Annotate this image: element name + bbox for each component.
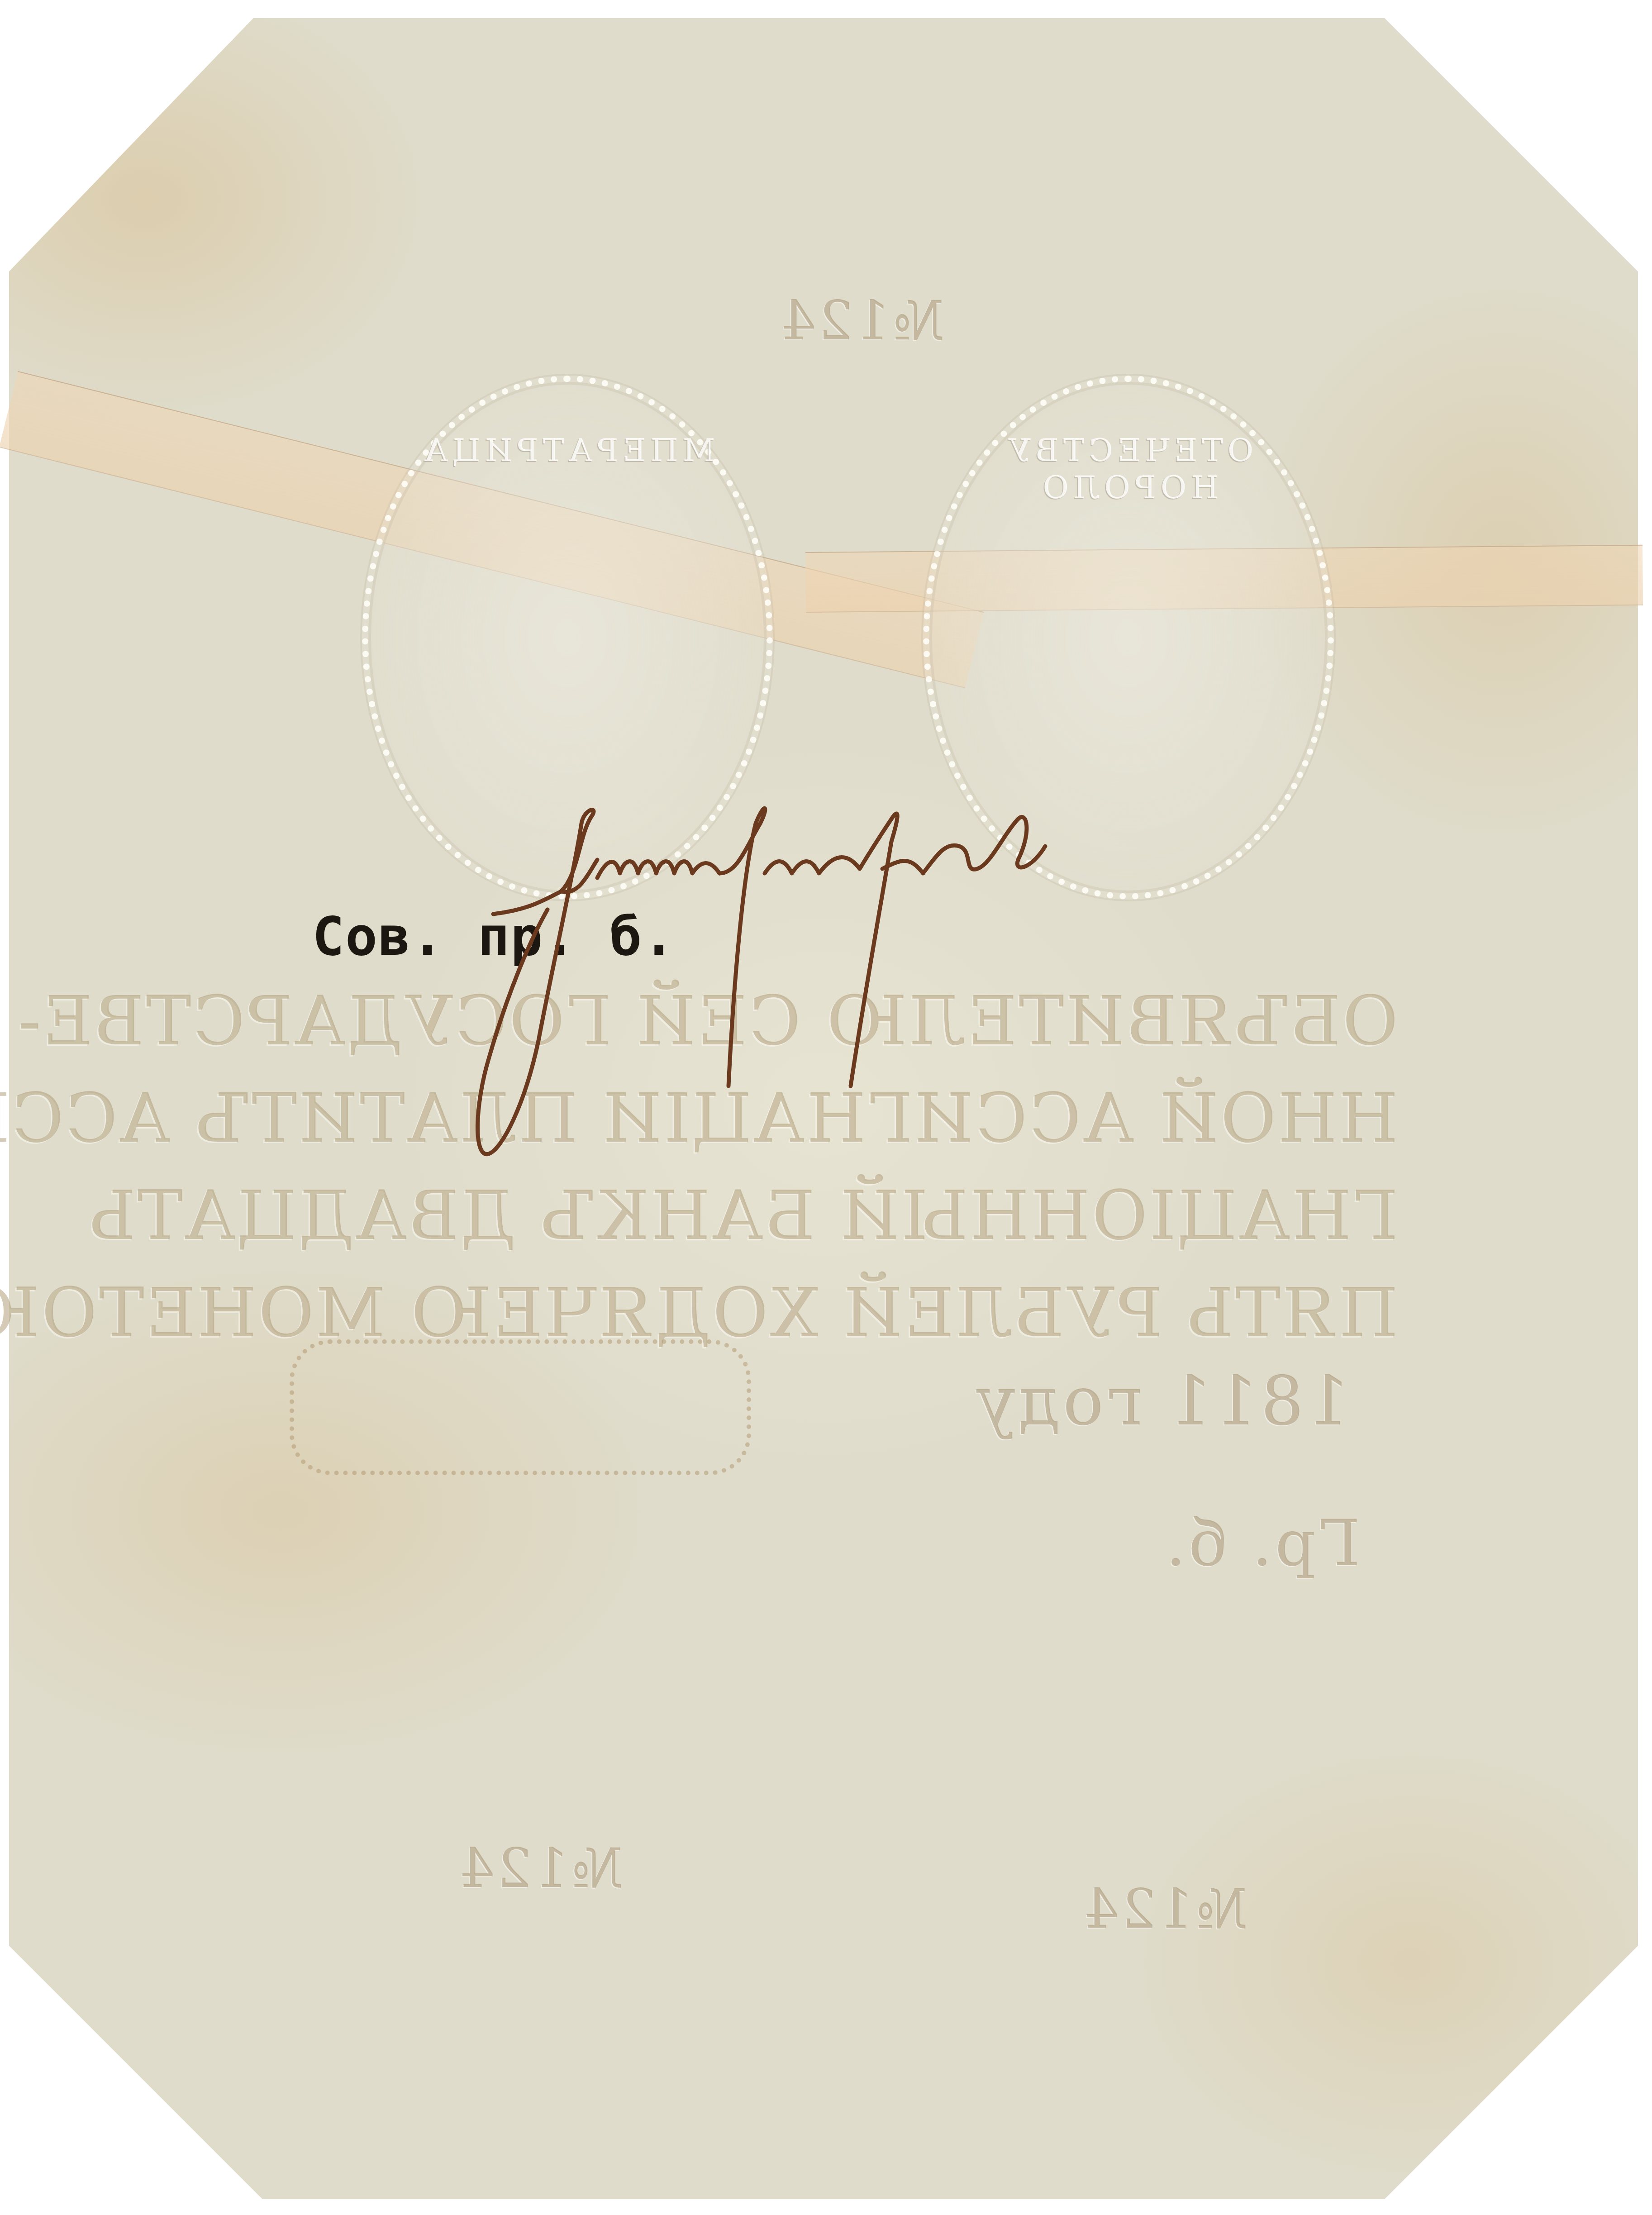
mirrored-text-line: ГНАЦІОННЫЙ БАНКЪ ДВАДЦАТЬ	[267, 1167, 1398, 1265]
mirrored-date-line: 1811 году	[973, 1362, 1350, 1441]
serial-number-top: №124	[778, 290, 944, 352]
medallion-legend-right: ОТЕЧЕСТВУ НОРОЛО	[929, 432, 1328, 506]
serial-number-bottom-right: №124	[1081, 1878, 1247, 1941]
handwritten-signature	[475, 805, 1357, 1167]
serial-number-bottom-left: №124	[457, 1837, 623, 1900]
medallion-legend-left: МПЕРАТРИЦА	[368, 432, 766, 469]
embossed-plaque	[290, 1339, 751, 1475]
mirrored-value-mark: Гр. б.	[1163, 1507, 1360, 1581]
